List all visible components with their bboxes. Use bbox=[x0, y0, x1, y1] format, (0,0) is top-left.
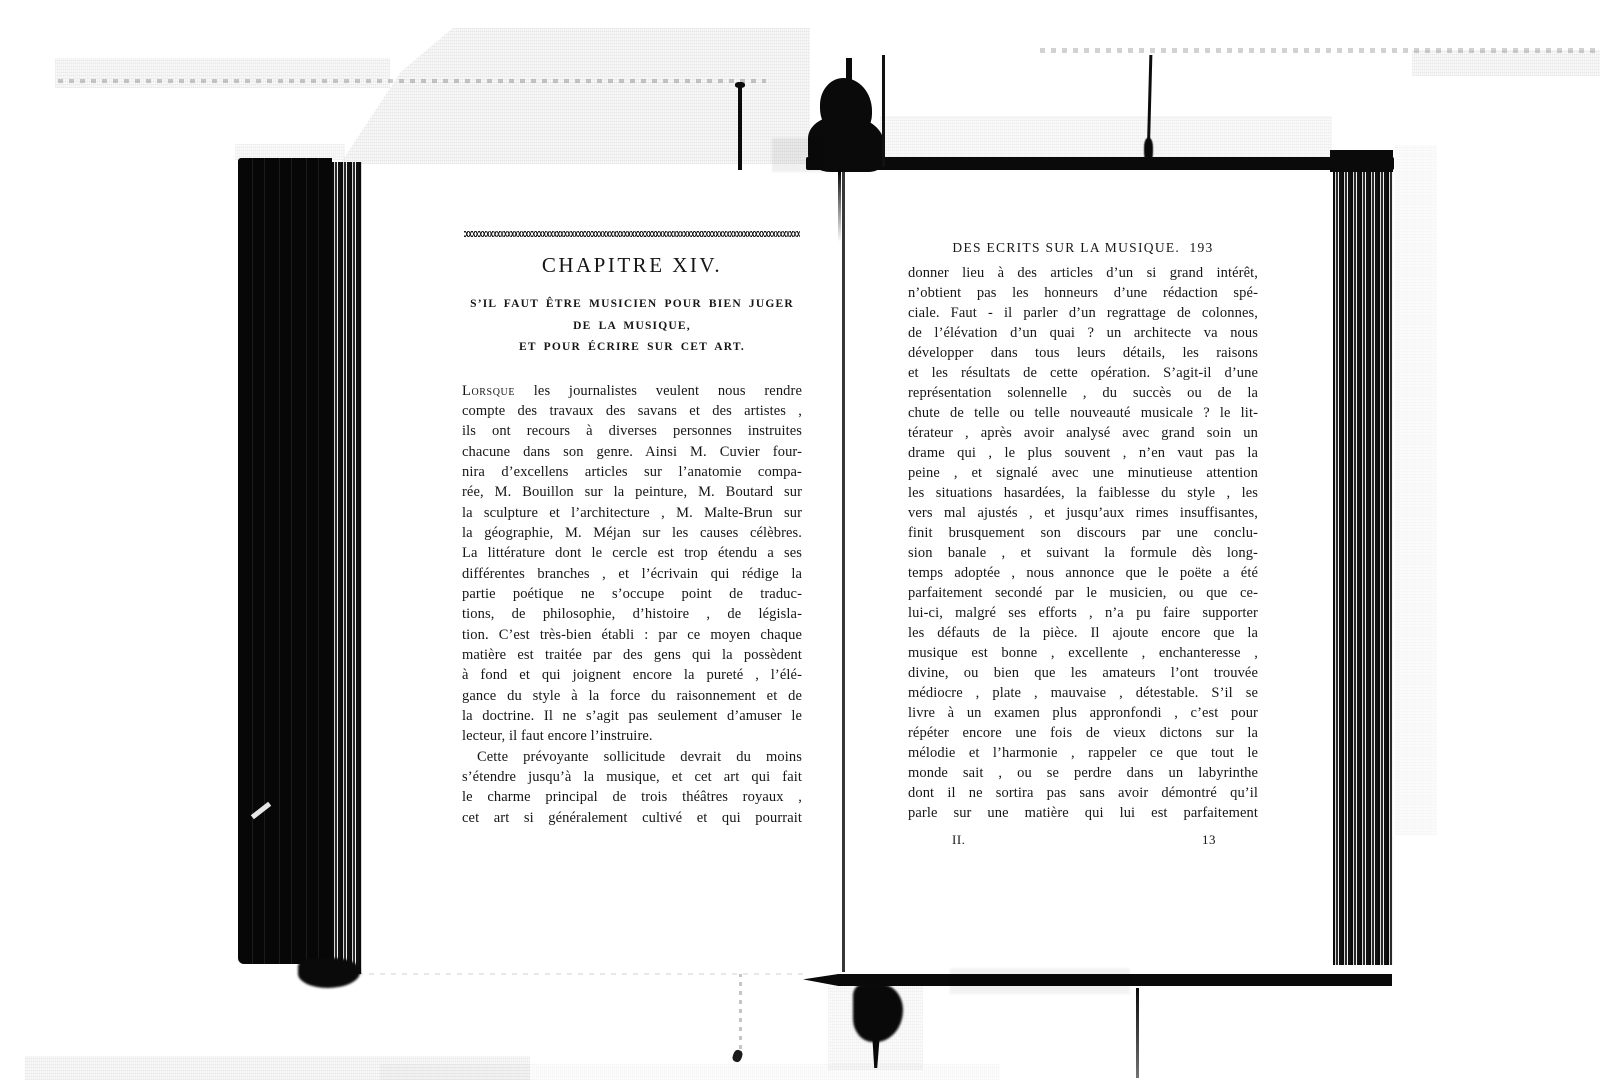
bottom-line-speckle bbox=[950, 968, 1130, 994]
gutter-shadow bbox=[842, 172, 845, 972]
body-line: ciale. Faut - il parler d’un regrattage … bbox=[908, 303, 1258, 323]
body-line: ils ont recours à diverses personnes ins… bbox=[462, 421, 802, 441]
right-page-body: donner lieu à des articles d’un si grand… bbox=[908, 263, 1258, 823]
body-line: différentes branches , et l’écrivain qui… bbox=[462, 564, 802, 584]
body-line: développer dans tous leurs détails, les … bbox=[908, 343, 1258, 363]
body-line: tions, de philosophie, d’histoire , de l… bbox=[462, 604, 802, 624]
scan-smudge bbox=[1395, 145, 1437, 835]
page-bottom-edge bbox=[358, 973, 808, 975]
page-edges-right bbox=[1333, 150, 1393, 965]
body-line: cet art si généralement cultivé et qui p… bbox=[462, 808, 802, 828]
body-line: rée, M. Bouillon sur la peinture, M. Bou… bbox=[462, 482, 802, 502]
subtitle-line: ET POUR ÉCRIRE SUR CET ART. bbox=[462, 337, 802, 359]
body-line: mélodie et l’harmonie , rappeler ce que … bbox=[908, 743, 1258, 763]
body-line: térateur , après avoir analysé avec gran… bbox=[908, 423, 1258, 443]
body-line: répéter encore une fois de vieux dictons… bbox=[908, 723, 1258, 743]
body-line: les défauts de la pièce. Il ajoute encor… bbox=[908, 623, 1258, 643]
body-line: les situations hasardées, la faiblesse d… bbox=[908, 483, 1258, 503]
running-header: DES ECRITS SUR LA MUSIQUE. 193 bbox=[908, 238, 1258, 258]
subtitle-line: S’IL FAUT ÊTRE MUSICIEN POUR BIEN JUGER bbox=[462, 294, 802, 316]
body-line: lui-ci, malgré ses efforts , n’a pu fair… bbox=[908, 603, 1258, 623]
body-line: finit brusquement son discours par une c… bbox=[908, 523, 1258, 543]
chapter-subtitle: S’IL FAUT ÊTRE MUSICIEN POUR BIEN JUGER … bbox=[462, 294, 802, 359]
subtitle-line: DE LA MUSIQUE, bbox=[462, 316, 802, 338]
body-line: divine, ou bien que les amateurs l’ont t… bbox=[908, 663, 1258, 683]
page-edge-tick bbox=[882, 55, 885, 167]
body-line: n’obtient pas les honneurs d’une rédacti… bbox=[908, 283, 1258, 303]
body-line: parfaitement secondé par le musicien, ou… bbox=[908, 583, 1258, 603]
body-line: représentation solennelle , du succès ou… bbox=[908, 383, 1258, 403]
ink-drip bbox=[838, 170, 841, 242]
volume-number: II. bbox=[952, 832, 965, 847]
body-line-text: les journalistes veulent nous rendre bbox=[534, 383, 802, 399]
running-header-title: DES ECRITS SUR LA MUSIQUE. bbox=[952, 240, 1180, 255]
body-line: compte des travaux des savans et des art… bbox=[462, 401, 802, 421]
body-line: temps adoptée , nous annonce que le poët… bbox=[908, 563, 1258, 583]
ink-mark bbox=[1136, 988, 1139, 1078]
ink-blot-top-halo bbox=[772, 138, 824, 172]
lead-word: Lorsque bbox=[462, 383, 515, 399]
left-page: CHAPITRE XIV. S’IL FAUT ÊTRE MUSICIEN PO… bbox=[462, 224, 802, 828]
body-line: s’étendre jusqu’à la musique, et cet art… bbox=[462, 767, 802, 787]
ink-blot-halo bbox=[828, 986, 923, 1070]
faint-crease bbox=[739, 974, 742, 1058]
body-line: musique est bonne , excellente , enchant… bbox=[908, 643, 1258, 663]
decorative-rule bbox=[464, 231, 800, 237]
chapter-heading: CHAPITRE XIV. bbox=[462, 250, 802, 280]
right-page: DES ECRITS SUR LA MUSIQUE. 193 donner li… bbox=[908, 238, 1258, 850]
page-edges-left bbox=[332, 162, 362, 974]
page-footer: II. 13 bbox=[908, 832, 1258, 850]
scan-streak bbox=[1412, 50, 1600, 76]
body-line: gance du style à la force du raisonnemen… bbox=[462, 686, 802, 706]
scan-smudge bbox=[880, 116, 1332, 160]
body-line: dont il ne sortira pas sans avoir démont… bbox=[908, 783, 1258, 803]
body-line: et les résultats de cette opération. S’a… bbox=[908, 363, 1258, 383]
body-line: parle sur une matière qui lui est parfai… bbox=[908, 803, 1258, 823]
body-line: Lorsque les journalistes veulent nous re… bbox=[462, 381, 802, 401]
body-line: La littérature dont le cercle est trop é… bbox=[462, 543, 802, 563]
body-line: sion banale , et suivant la formule dès … bbox=[908, 543, 1258, 563]
page-number: 193 bbox=[1189, 240, 1213, 255]
ink-blot-bottom-left bbox=[298, 958, 360, 988]
ink-mark bbox=[731, 1049, 744, 1063]
body-line: monde sait , ou se perdre dans un labyri… bbox=[908, 763, 1258, 783]
body-line: chute de telle ou telle nouveauté musica… bbox=[908, 403, 1258, 423]
body-line: drame qui , le plus souvent , n’en vaut … bbox=[908, 443, 1258, 463]
scan-streak bbox=[55, 58, 390, 88]
body-line: chacune dans son genre. Ainsi M. Cuvier … bbox=[462, 442, 802, 462]
body-line: à fond et qui joignent encore la pureté … bbox=[462, 665, 802, 685]
body-line: peine , et signalé avec une minutieuse a… bbox=[908, 463, 1258, 483]
body-line: partie poétique ne s’occupe point de tra… bbox=[462, 584, 802, 604]
body-line: de l’élévation d’un quai ? un architecte… bbox=[908, 323, 1258, 343]
body-line: nira d’excellens articles sur l’anatomie… bbox=[462, 462, 802, 482]
ink-mark bbox=[1144, 138, 1153, 162]
top-edge-line bbox=[806, 157, 1394, 170]
body-line: la géographie, M. Méjan sur les causes c… bbox=[462, 523, 802, 543]
body-line: vers mal ajustés , et jusqu’aux rimes in… bbox=[908, 503, 1258, 523]
body-line: matière est traitée par des gens qui la … bbox=[462, 645, 802, 665]
body-line: le charme principal de trois théâtres ro… bbox=[462, 787, 802, 807]
scanned-book-spread: CHAPITRE XIV. S’IL FAUT ÊTRE MUSICIEN PO… bbox=[0, 0, 1600, 1088]
body-line: lecteur, il faut encore l’instruire. bbox=[462, 726, 802, 746]
book-spine-left bbox=[238, 158, 332, 964]
ink-mark bbox=[735, 82, 745, 88]
body-line: la doctrine. Il ne s’agit pas seulement … bbox=[462, 706, 802, 726]
signature-mark: 13 bbox=[1202, 832, 1216, 848]
body-line: tion. C’est très-bien établi : par ce mo… bbox=[462, 625, 802, 645]
ink-mark bbox=[738, 86, 742, 170]
body-line: la sculpture et l’architecture , M. Malt… bbox=[462, 503, 802, 523]
body-line: médiocre , plate , mauvaise , détestable… bbox=[908, 683, 1258, 703]
left-page-body: Lorsque les journalistes veulent nous re… bbox=[462, 381, 802, 829]
body-line: livre à un examen plus appronfondi , c’e… bbox=[908, 703, 1258, 723]
body-line: donner lieu à des articles d’un si grand… bbox=[908, 263, 1258, 283]
body-line: Cette prévoyante sollicitude devrait du … bbox=[462, 747, 802, 767]
